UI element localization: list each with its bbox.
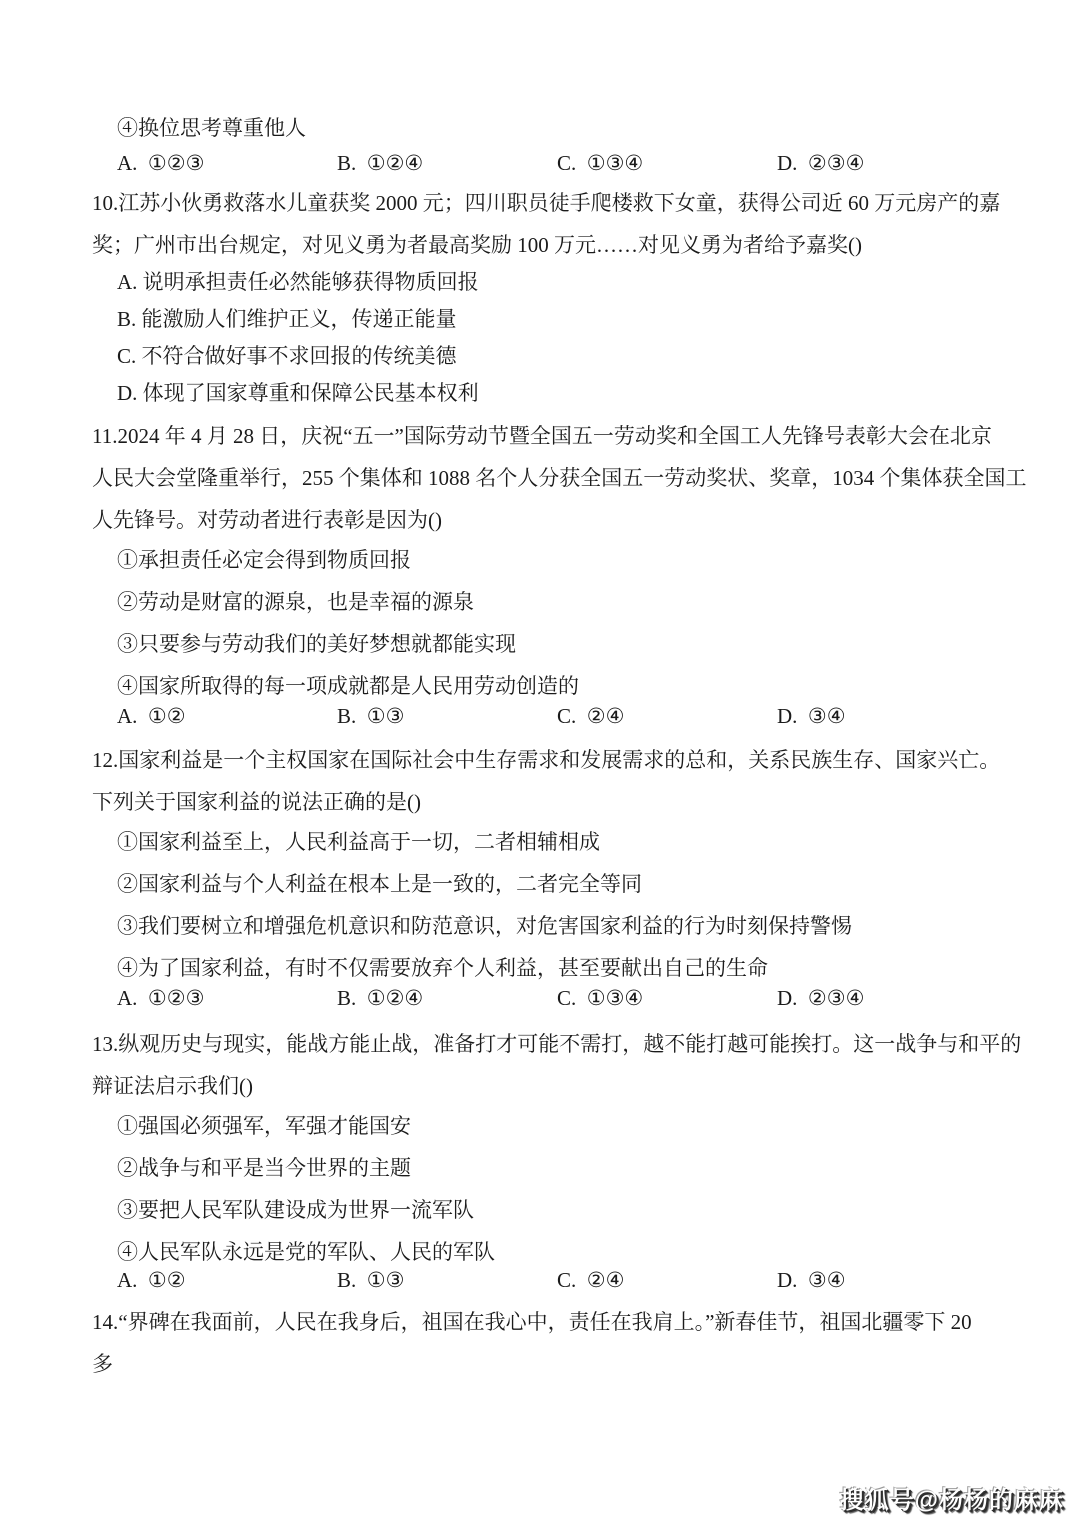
- q11-stem-line-3: 人先锋号。对劳动者进行表彰是因为(): [92, 509, 1000, 531]
- q11-stem-line-2: 人民大会堂隆重举行，255 个集体和 1088 名个人分获全国五一劳动奖状、奖章…: [92, 467, 1000, 489]
- option-cell-a: A. ①②: [117, 1269, 337, 1291]
- option-cell-b: B. ①③: [337, 1269, 557, 1291]
- q14-stem-line-2: 多: [92, 1353, 1000, 1375]
- carryover-item-4: ④换位思考尊重他人: [92, 117, 1000, 139]
- exam-document-page: ④换位思考尊重他人 A. ①②③ B. ①②④ C. ①③④ D. ②③④ 10…: [0, 0, 1080, 1375]
- option-cell-d: D. ②③④: [777, 152, 864, 174]
- q12-item-1: ①国家利益至上，人民利益高于一切，二者相辅相成: [92, 831, 1000, 853]
- q13-item-3: ③要把人民军队建设成为世界一流军队: [92, 1199, 1000, 1221]
- option-cell-b: B. ①②④: [337, 152, 557, 174]
- q12-stem-line-2: 下列关于国家利益的说法正确的是(): [92, 791, 1000, 813]
- q11-stem-line-1: 11.2024 年 4 月 28 日，庆祝“五一”国际劳动节暨全国五一劳动奖和全…: [92, 425, 1000, 447]
- q10-choice-a: A. 说明承担责任必然能够获得物质回报: [92, 271, 1000, 293]
- q13-item-4: ④人民军队永远是党的军队、人民的军队: [92, 1241, 1000, 1263]
- option-cell-d: D. ②③④: [777, 987, 864, 1009]
- q10-choice-c: C. 不符合做好事不求回报的传统美德: [92, 345, 1000, 367]
- q14-stem-line-1: 14.“界碑在我面前，人民在我身后，祖国在我心中，责任在我肩上。”新春佳节，祖国…: [92, 1311, 1000, 1333]
- option-cell-c: C. ②④: [557, 1269, 777, 1291]
- q12-item-4: ④为了国家利益，有时不仅需要放弃个人利益，甚至要献出自己的生命: [92, 957, 1000, 979]
- q11-item-4: ④国家所取得的每一项成就都是人民用劳动创造的: [92, 675, 1000, 697]
- q10-stem-line-1: 10.江苏小伙勇救落水儿童获奖 2000 元；四川职员徒手爬楼救下女童，获得公司…: [92, 192, 1000, 214]
- q10-stem-line-2: 奖；广州市出台规定，对见义勇为者最高奖励 100 万元……对见义勇为者给予嘉奖(…: [92, 234, 1000, 256]
- option-cell-b: B. ①②④: [337, 987, 557, 1009]
- q12-answer-option-row: A. ①②③ B. ①②④ C. ①③④ D. ②③④: [92, 987, 1000, 1009]
- option-cell-b: B. ①③: [337, 705, 557, 727]
- q13-item-1: ①强国必须强军，军强才能国安: [92, 1115, 1000, 1137]
- q11-answer-option-row: A. ①② B. ①③ C. ②④ D. ③④: [92, 705, 1000, 727]
- q10-choice-d: D. 体现了国家尊重和保障公民基本权利: [92, 382, 1000, 404]
- option-cell-a: A. ①②③: [117, 152, 337, 174]
- option-cell-d: D. ③④: [777, 1269, 846, 1291]
- q13-answer-option-row: A. ①② B. ①③ C. ②④ D. ③④: [92, 1269, 1000, 1291]
- q11-item-3: ③只要参与劳动我们的美好梦想就都能实现: [92, 633, 1000, 655]
- q11-item-1: ①承担责任必定会得到物质回报: [92, 549, 1000, 571]
- q12-item-3: ③我们要树立和增强危机意识和防范意识，对危害国家利益的行为时刻保持警惕: [92, 915, 1000, 937]
- watermark-text: 搜狐号@杨杨的麻麻: [840, 1487, 1064, 1514]
- q13-stem-line-1: 13.纵观历史与现实，能战方能止战，准备打才可能不需打，越不能打越可能挨打。这一…: [92, 1033, 1000, 1055]
- q11-item-2: ②劳动是财富的源泉，也是幸福的源泉: [92, 591, 1000, 613]
- option-cell-d: D. ③④: [777, 705, 846, 727]
- option-cell-c: C. ②④: [557, 705, 777, 727]
- option-cell-c: C. ①③④: [557, 152, 777, 174]
- option-cell-a: A. ①②③: [117, 987, 337, 1009]
- option-cell-a: A. ①②: [117, 705, 337, 727]
- option-cell-c: C. ①③④: [557, 987, 777, 1009]
- q10-choice-b: B. 能激励人们维护正义，传递正能量: [92, 308, 1000, 330]
- q12-item-2: ②国家利益与个人利益在根本上是一致的，二者完全等同: [92, 873, 1000, 895]
- q12-stem-line-1: 12.国家利益是一个主权国家在国际社会中生存需求和发展需求的总和，关系民族生存、…: [92, 749, 1000, 771]
- q13-stem-line-2: 辩证法启示我们(): [92, 1075, 1000, 1097]
- sohu-watermark: 搜狐号@杨杨的麻麻: [840, 1480, 1064, 1515]
- carryover-answer-option-row: A. ①②③ B. ①②④ C. ①③④ D. ②③④: [92, 152, 1000, 174]
- q13-item-2: ②战争与和平是当今世界的主题: [92, 1157, 1000, 1179]
